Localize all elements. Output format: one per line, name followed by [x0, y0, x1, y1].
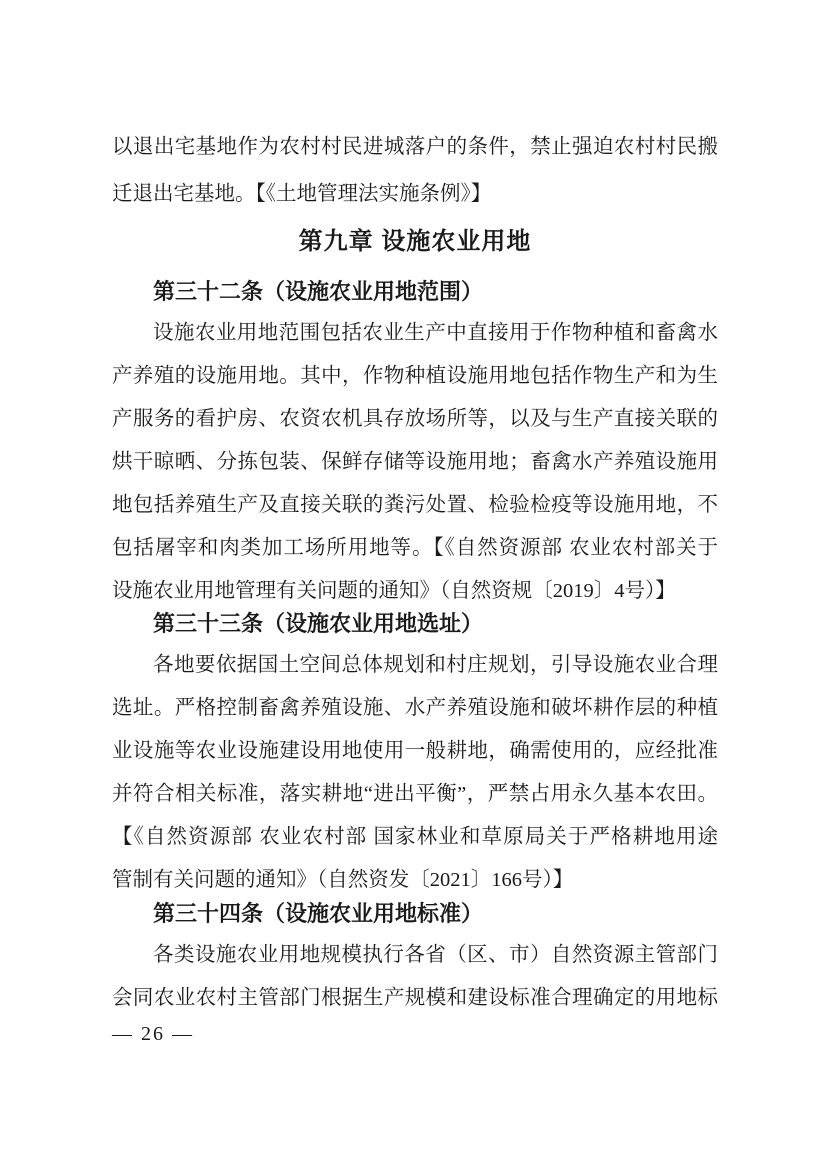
paragraph-line: 各类设施农业用地规模执行各省（区、市）自然资源主管部门 — [112, 934, 718, 977]
paragraph-line: 烘干晾晒、分拣包装、保鲜存储等设施用地；畜禽水产养殖设施用 — [112, 441, 718, 484]
paragraph-line: 【《自然资源部 农业农村部 国家林业和草原局关于严格耕地用途 — [112, 816, 718, 859]
paragraph-line: 会同农业农村主管部门根据生产规模和建设标准合理确定的用地标 — [112, 977, 718, 1020]
paragraph-line: 产养殖的设施用地。其中，作物种植设施用地包括作物生产和为生 — [112, 355, 718, 398]
chapter-heading: 第九章 设施农业用地 — [112, 222, 718, 262]
paragraph-line: 选址。严格控制畜禽养殖设施、水产养殖设施和破坏耕作层的种植 — [112, 687, 718, 730]
paragraph-line: 产服务的看护房、农资农机具存放场所等，以及与生产直接关联的 — [112, 398, 718, 441]
paragraph-line: 并符合相关标准，落实耕地“进出平衡”，严禁占用永久基本农田。 — [112, 773, 718, 816]
intro-line: 迁退出宅基地。【《土地管理法实施条例》】 — [112, 171, 718, 218]
paragraph-line: 设施农业用地范围包括农业生产中直接用于作物种植和畜禽水 — [112, 312, 718, 355]
intro-line: 以退出宅基地作为农村村民进城落户的条件，禁止强迫农村村民搬 — [112, 124, 718, 171]
page-number: — 26 — — [112, 1020, 194, 1048]
article-33-paragraph: 各地要依据国土空间总体规划和村庄规划，引导设施农业合理 选址。严格控制畜禽养殖设… — [112, 644, 718, 902]
paragraph-line: 地包括养殖生产及直接关联的粪污处置、检验检疫等设施用地，不 — [112, 484, 718, 527]
article-32-heading: 第三十二条（设施农业用地范围） — [112, 272, 718, 312]
document-page: 以退出宅基地作为农村村民进城落户的条件，禁止强迫农村村民搬 迁退出宅基地。【《土… — [0, 0, 826, 1169]
article-34-heading: 第三十四条（设施农业用地标准） — [112, 894, 718, 934]
paragraph-line: 业设施等农业设施建设用地使用一般耕地，确需使用的，应经批准 — [112, 730, 718, 773]
article-33-heading: 第三十三条（设施农业用地选址） — [112, 604, 718, 644]
intro-paragraph: 以退出宅基地作为农村村民进城落户的条件，禁止强迫农村村民搬 迁退出宅基地。【《土… — [112, 124, 718, 218]
paragraph-line: 各地要依据国土空间总体规划和村庄规划，引导设施农业合理 — [112, 644, 718, 687]
article-32-paragraph: 设施农业用地范围包括农业生产中直接用于作物种植和畜禽水 产养殖的设施用地。其中，… — [112, 312, 718, 613]
paragraph-line: 包括屠宰和肉类加工场所用地等。【《自然资源部 农业农村部关于 — [112, 527, 718, 570]
article-34-paragraph: 各类设施农业用地规模执行各省（区、市）自然资源主管部门 会同农业农村主管部门根据… — [112, 934, 718, 1020]
